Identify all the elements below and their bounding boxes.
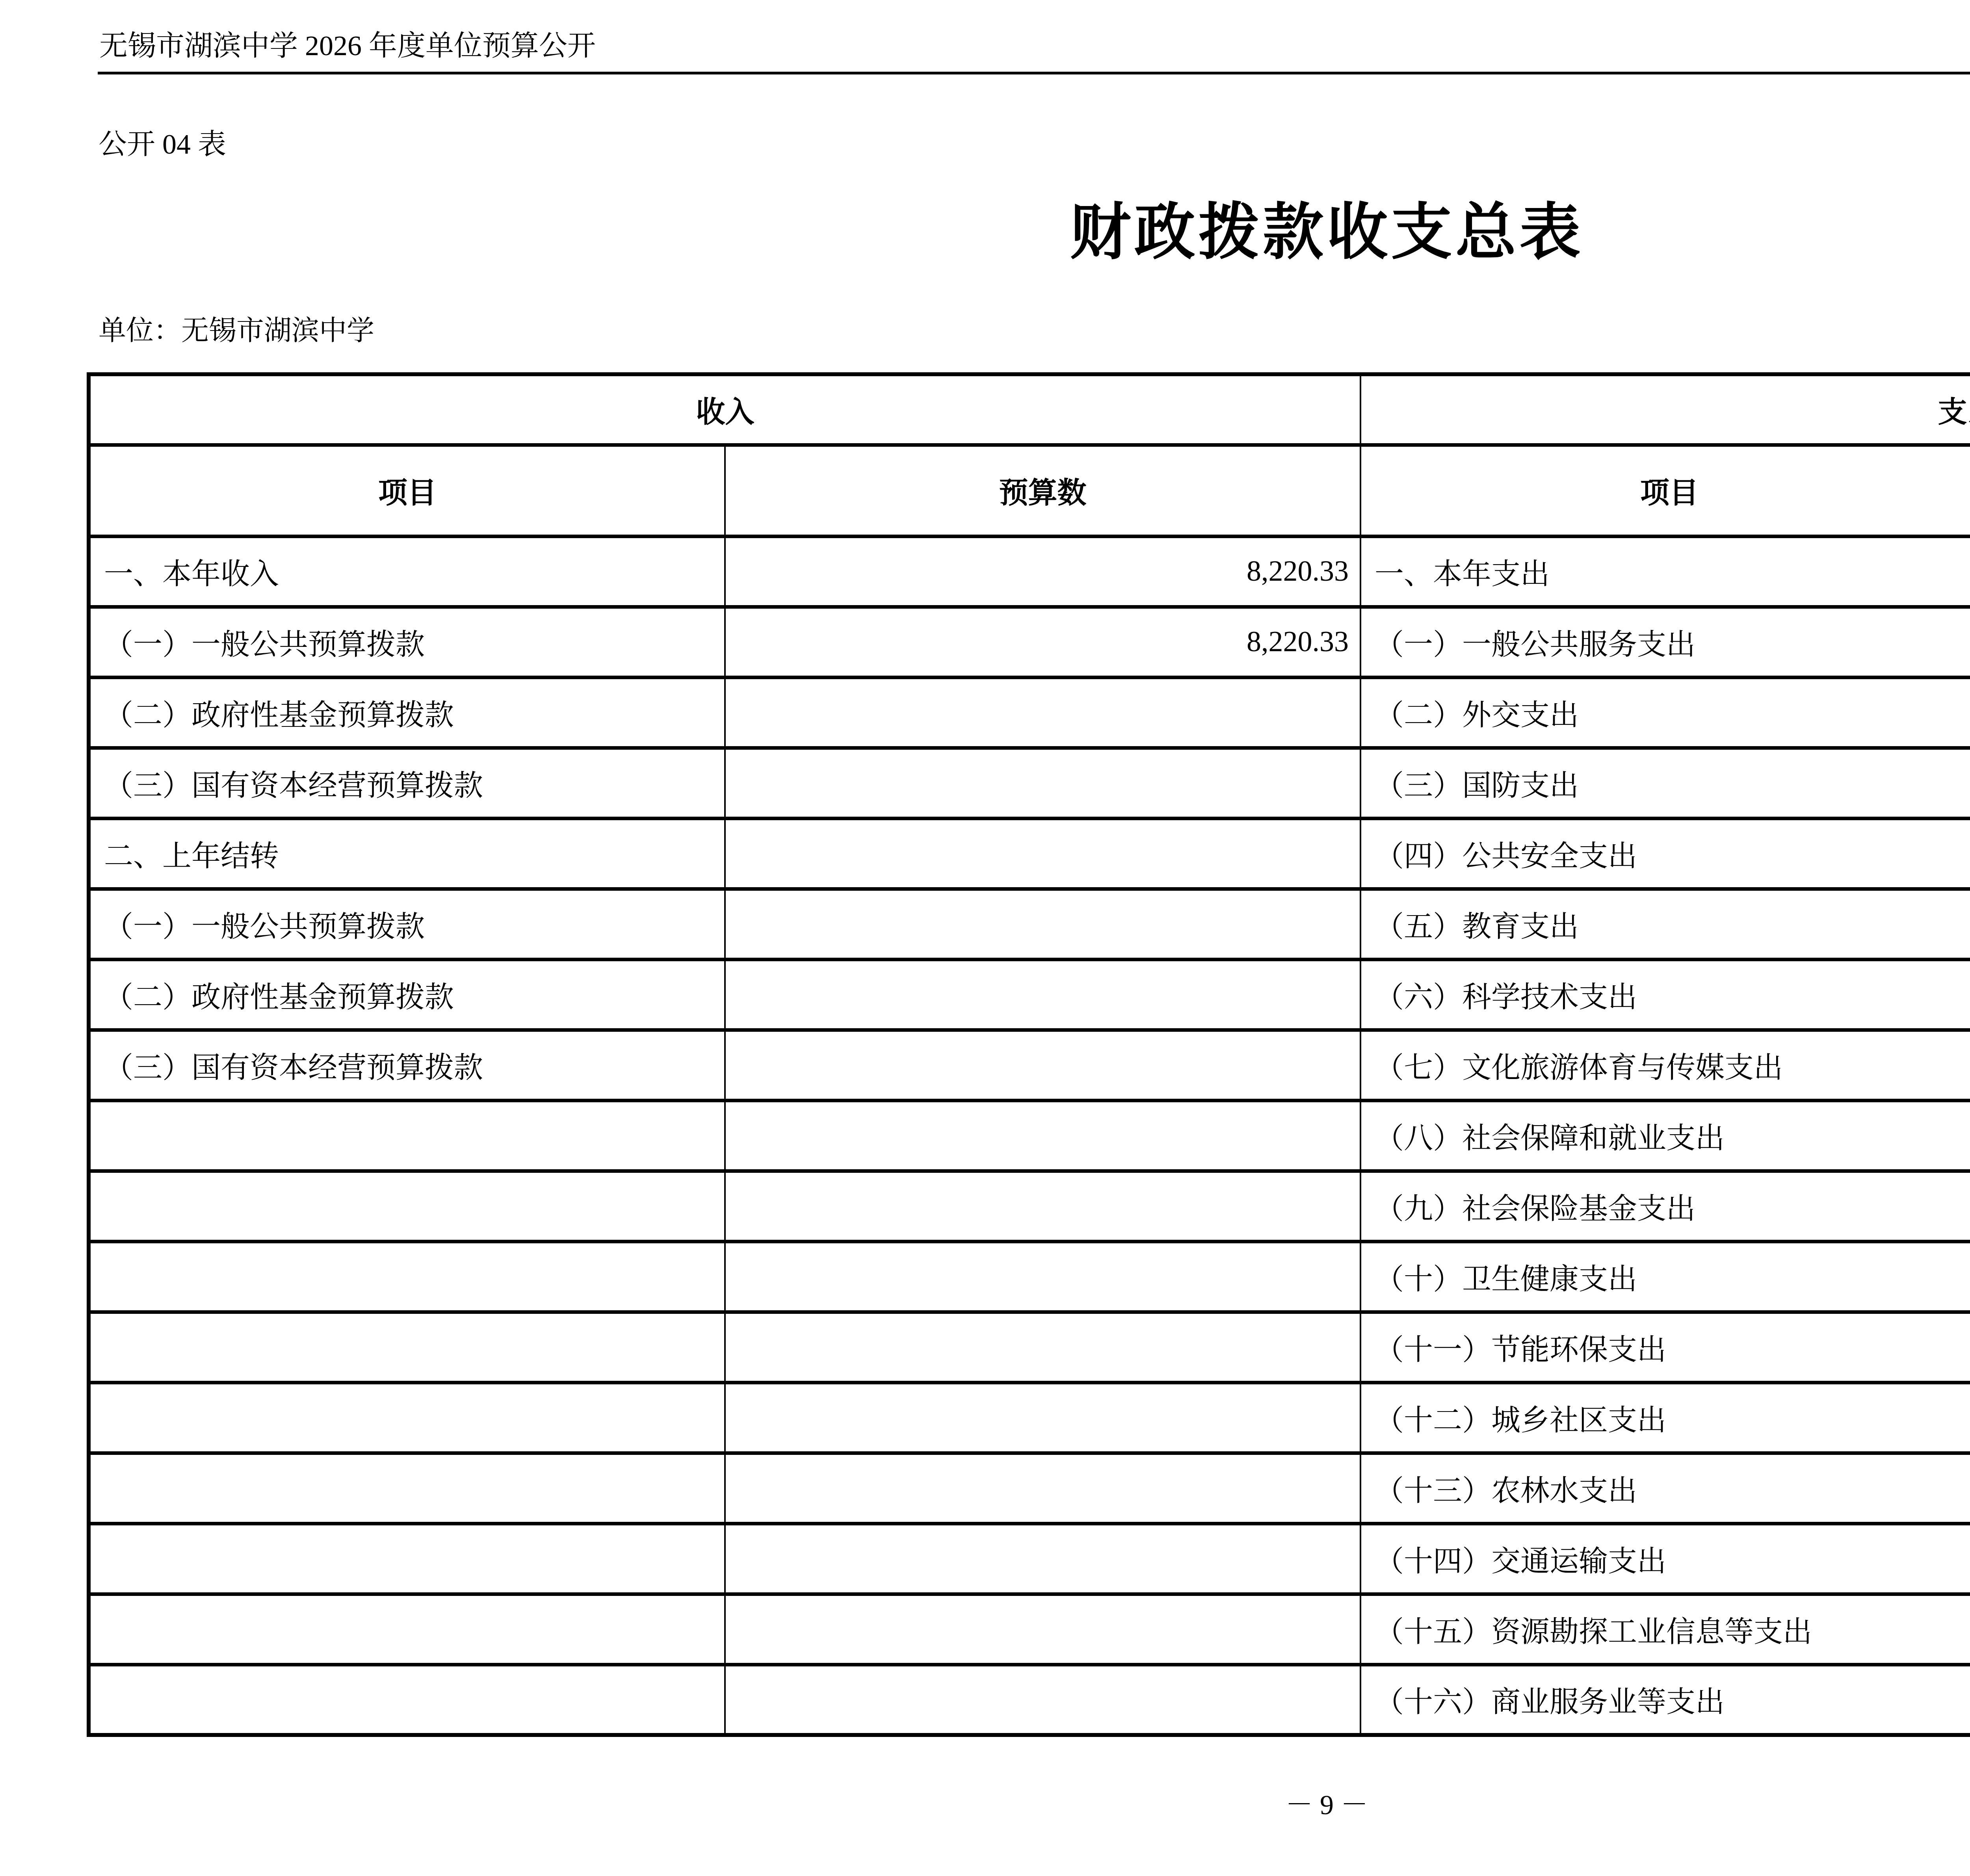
header-divider-rule [98, 72, 1970, 74]
income-item-cell: 二、上年结转 [89, 818, 725, 889]
table-row: （十一）节能环保支出 [89, 1312, 1970, 1382]
income-budget-column-header: 预算数 [725, 445, 1360, 536]
expense-item-cell: （十五）资源勘探工业信息等支出 [1360, 1594, 1970, 1664]
income-item-cell: （二）政府性基金预算拨款 [89, 959, 725, 1030]
income-value-cell [725, 818, 1360, 889]
expense-item-cell: 一、本年支出 [1360, 536, 1970, 607]
table-row: 一、本年收入 8,220.33 一、本年支出 8,220.33 [89, 536, 1970, 607]
income-item-column-header: 项目 [89, 445, 725, 536]
page-number: － 9 － [0, 1792, 1970, 1819]
table-row: （九）社会保险基金支出 [89, 1171, 1970, 1241]
table-row: （三）国有资本经营预算拨款 （七）文化旅游体育与传媒支出 [89, 1030, 1970, 1100]
income-item-cell [89, 1382, 725, 1453]
income-item-cell: 一、本年收入 [89, 536, 725, 607]
form-code-label: 公开 04 表 [98, 130, 226, 158]
table-row: （十四）交通运输支出 [89, 1523, 1970, 1594]
expense-item-cell: （六）科学技术支出 [1360, 959, 1970, 1030]
table-row: （十五）资源勘探工业信息等支出 [89, 1594, 1970, 1664]
expenditure-section-header: 支出 [1360, 374, 1970, 445]
unit-name-label: 单位：无锡市湖滨中学 [98, 318, 374, 345]
expense-item-cell: （十六）商业服务业等支出 [1360, 1664, 1970, 1735]
income-item-cell: （一）一般公共预算拨款 [89, 889, 725, 959]
expense-item-cell: （九）社会保险基金支出 [1360, 1171, 1970, 1241]
income-value-cell [725, 1382, 1360, 1453]
income-item-cell [89, 1453, 725, 1523]
income-item-cell: （三）国有资本经营预算拨款 [89, 1030, 725, 1100]
income-item-cell [89, 1523, 725, 1594]
income-item-cell [89, 1171, 725, 1241]
income-value-cell [725, 1594, 1360, 1664]
income-value-cell [725, 748, 1360, 818]
document-header-line: 无锡市湖滨中学 2026 年度单位预算公开 [99, 32, 596, 60]
table-row: （八）社会保障和就业支出 821.87 [89, 1100, 1970, 1171]
expense-item-cell: （十一）节能环保支出 [1360, 1312, 1970, 1382]
table-row: （一）一般公共预算拨款 8,220.33 （一）一般公共服务支出 [89, 607, 1970, 677]
income-value-cell [725, 1312, 1360, 1382]
income-item-cell [89, 1594, 725, 1664]
income-section-header: 收入 [89, 374, 1360, 445]
income-item-cell [89, 1241, 725, 1312]
expense-item-cell: （一）一般公共服务支出 [1360, 607, 1970, 677]
expense-item-cell: （十四）交通运输支出 [1360, 1523, 1970, 1594]
table-row: 二、上年结转 （四）公共安全支出 [89, 818, 1970, 889]
table-row: （二）政府性基金预算拨款 （二）外交支出 [89, 677, 1970, 748]
expense-item-cell: （七）文化旅游体育与传媒支出 [1360, 1030, 1970, 1100]
income-item-cell: （一）一般公共预算拨款 [89, 607, 725, 677]
table-group-header-row: 收入 支出 [89, 374, 1970, 445]
income-value-cell [725, 1171, 1360, 1241]
budget-summary-table: 收入 支出 项目 预算数 项目 预算数 一、本年收入 8,220.33 一、本年… [87, 372, 1970, 1737]
expense-item-cell: （八）社会保障和就业支出 [1360, 1100, 1970, 1171]
income-item-cell [89, 1100, 725, 1171]
income-value-cell [725, 1664, 1360, 1735]
table-row: （二）政府性基金预算拨款 （六）科学技术支出 [89, 959, 1970, 1030]
expense-item-cell: （二）外交支出 [1360, 677, 1970, 748]
income-item-cell [89, 1312, 725, 1382]
income-value-cell: 8,220.33 [725, 536, 1360, 607]
table-row: （十）卫生健康支出 239.71 [89, 1241, 1970, 1312]
income-item-cell: （二）政府性基金预算拨款 [89, 677, 725, 748]
income-value-cell [725, 1523, 1360, 1594]
income-value-cell [725, 1241, 1360, 1312]
table-row: （三）国有资本经营预算拨款 （三）国防支出 [89, 748, 1970, 818]
expense-item-cell: （十二）城乡社区支出 [1360, 1382, 1970, 1453]
income-value-cell [725, 889, 1360, 959]
table-column-header-row: 项目 预算数 项目 预算数 [89, 445, 1970, 536]
page-title: 财政拨款收支总表 [0, 199, 1970, 266]
expense-item-cell: （十三）农林水支出 [1360, 1453, 1970, 1523]
table-row: （一）一般公共预算拨款 （五）教育支出 5,415.63 [89, 889, 1970, 959]
table-row: （十六）商业服务业等支出 [89, 1664, 1970, 1735]
expense-item-column-header: 项目 [1360, 445, 1970, 536]
expense-item-cell: （四）公共安全支出 [1360, 818, 1970, 889]
income-value-cell [725, 1030, 1360, 1100]
table-row: （十二）城乡社区支出 [89, 1382, 1970, 1453]
table-row: （十三）农林水支出 [89, 1453, 1970, 1523]
income-value-cell [725, 1100, 1360, 1171]
income-value-cell [725, 677, 1360, 748]
expense-item-cell: （三）国防支出 [1360, 748, 1970, 818]
income-value-cell [725, 1453, 1360, 1523]
income-value-cell [725, 959, 1360, 1030]
table-body: 一、本年收入 8,220.33 一、本年支出 8,220.33 （一）一般公共预… [89, 536, 1970, 1735]
income-item-cell [89, 1664, 725, 1735]
expense-item-cell: （十）卫生健康支出 [1360, 1241, 1970, 1312]
income-item-cell: （三）国有资本经营预算拨款 [89, 748, 725, 818]
expense-item-cell: （五）教育支出 [1360, 889, 1970, 959]
income-value-cell: 8,220.33 [725, 607, 1360, 677]
